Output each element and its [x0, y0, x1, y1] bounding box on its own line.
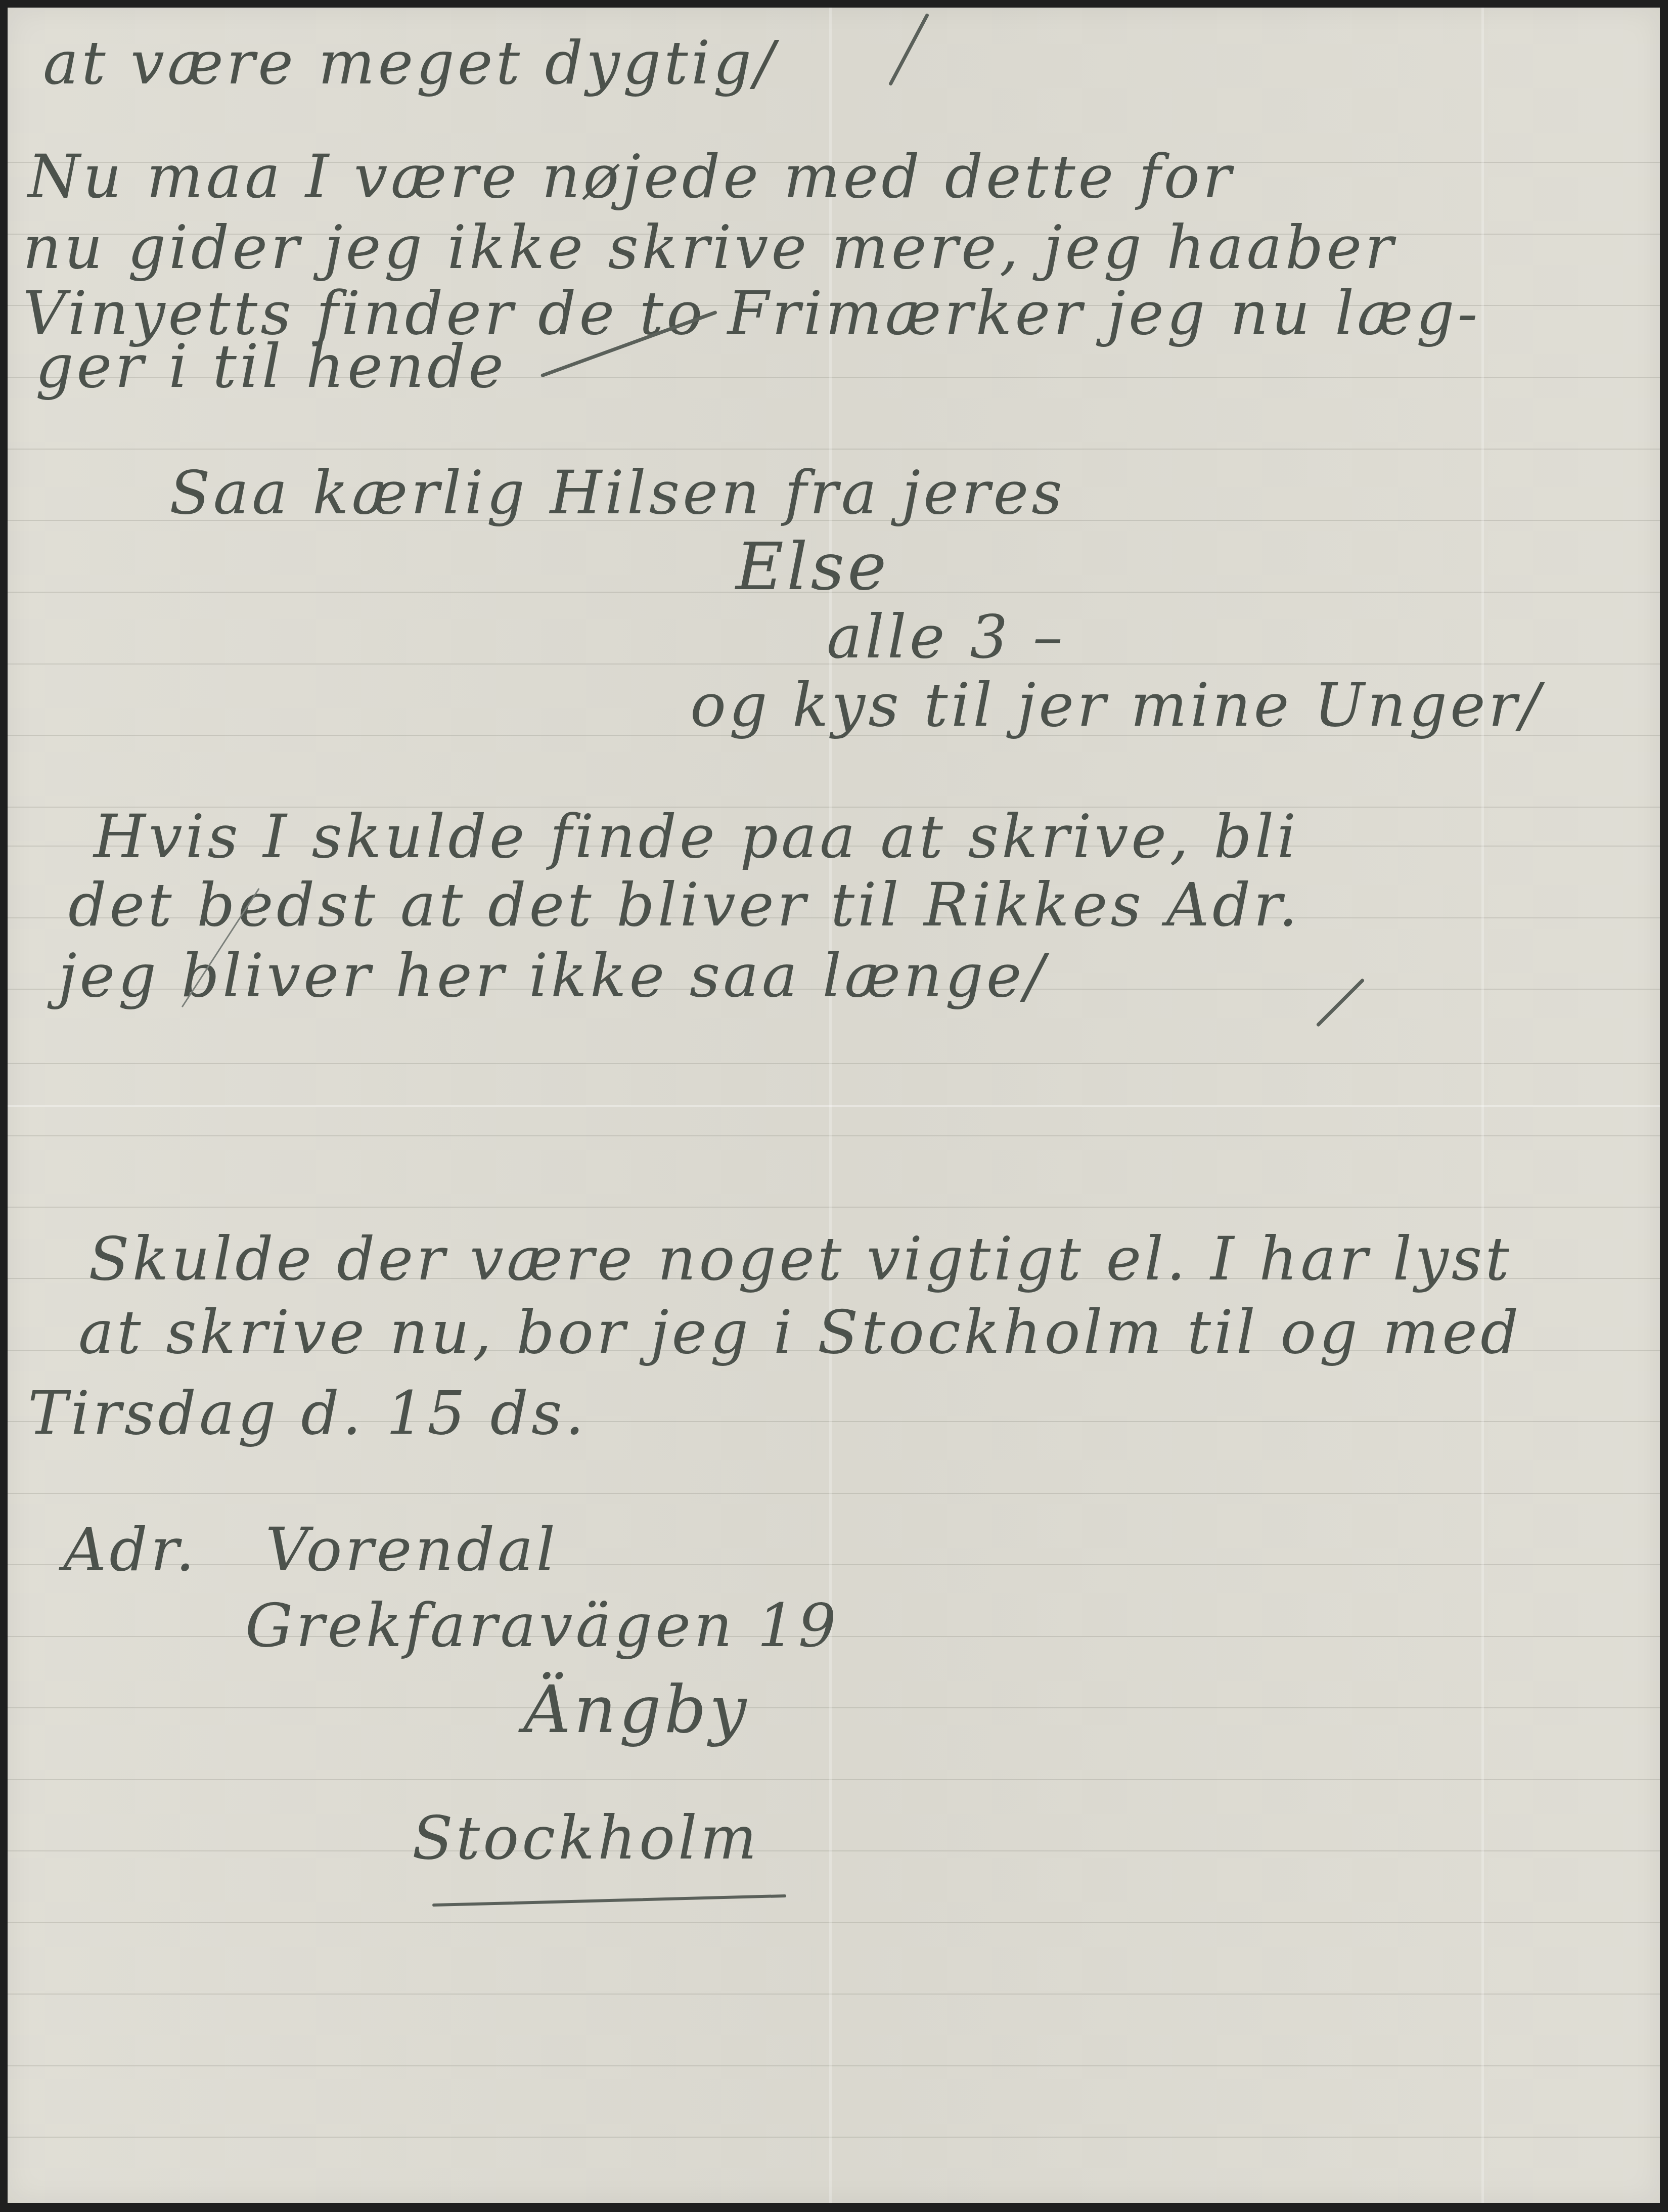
closing-greeting: Saa kærlig Hilsen fra jeres [169, 463, 1065, 522]
body-line-3: nu gider jeg ikke skrive mere, jeg haabe… [23, 217, 1396, 277]
ruled-line [8, 1994, 1660, 1995]
fold-crease [8, 1105, 1660, 1107]
ruled-line [8, 1922, 1660, 1923]
ruled-line [8, 2137, 1660, 2138]
address-label: Adr. [63, 1520, 198, 1579]
ruled-line [8, 449, 1660, 450]
note2-line-2: at skrive nu, bor jeg i Stockholm til og… [78, 1302, 1522, 1362]
ruled-line [8, 1135, 1660, 1136]
note1-line-2: det bedst at det bliver til Rikkes Adr. [68, 875, 1300, 935]
ruled-line [8, 2065, 1660, 2066]
address-district: Ängby [523, 1676, 750, 1742]
ruled-line [8, 1779, 1660, 1780]
body-line-1: at være meget dygtig/ [43, 33, 778, 93]
ruled-line [8, 1493, 1660, 1494]
body-line-5: ger i til hende [35, 336, 507, 396]
ruled-line [8, 1063, 1660, 1064]
letter-paper: at være meget dygtig/ Nu maa I være nøje… [8, 8, 1660, 2203]
city-underline [432, 1894, 786, 1907]
closing-to-all: alle 3 – [827, 607, 1066, 667]
note1-line-1: Hvis I skulde finde paa at skrive, bli [94, 807, 1299, 866]
line-end-stroke [888, 13, 929, 86]
line-end-stroke [1316, 978, 1365, 1027]
closing-kisses: og kys til jer mine Unger/ [690, 675, 1543, 735]
address-street: Grekfaravägen 19 [245, 1596, 839, 1655]
ruled-line [8, 1850, 1660, 1851]
note2-line-1: Skulde der være noget vigtigt el. I har … [88, 1229, 1512, 1289]
ruled-line [8, 1207, 1660, 1208]
note1-line-3: jeg bliver her ikke saa længe/ [58, 946, 1048, 1005]
signature: Else [736, 534, 889, 599]
fold-crease [1481, 8, 1484, 2203]
ruled-line [8, 1564, 1660, 1565]
address-city: Stockholm [412, 1808, 760, 1868]
body-line-2: Nu maa I være nøjede med dette for [28, 147, 1234, 206]
ruled-line [8, 1707, 1660, 1708]
note2-line-3: Tirsdag d. 15 ds. [28, 1383, 587, 1443]
address-name: Vorendal [265, 1520, 558, 1579]
